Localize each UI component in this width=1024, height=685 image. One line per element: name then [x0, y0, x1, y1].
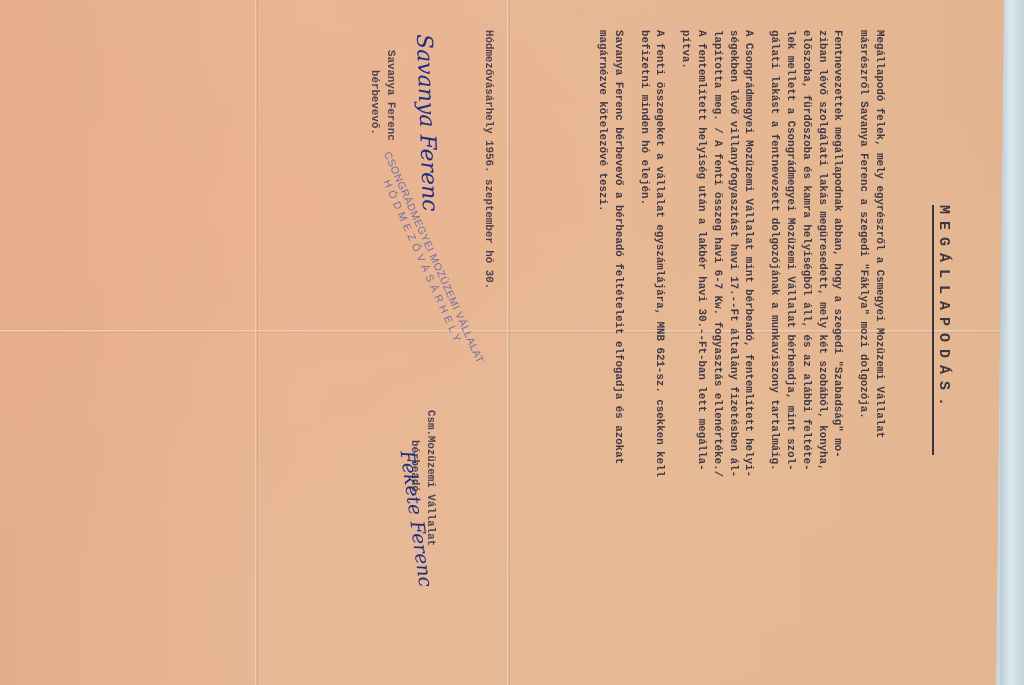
document-rotated: MEGÁLLAPODÁS. Megállapodó felek, mely eg… [0, 0, 1004, 685]
paragraph-payment: A fenti összegeket a vállalat egyszámláj… [635, 30, 667, 670]
document-body: Megállapodó felek, mely egyrészről a Csm… [583, 30, 886, 670]
handwritten-signature: Savanya Ferenc [415, 34, 437, 212]
signatory-name: Savanya Ferenc [382, 50, 398, 141]
signatory-role: bérbevevő. [366, 70, 382, 135]
paragraph-apartment: Fentnevezettek megállapodnak abban, hogy… [765, 30, 844, 670]
paragraph-parties: Megállapodó felek, mely egyrészről a Csm… [854, 30, 886, 670]
document-title: MEGÁLLAPODÁS. [932, 205, 952, 455]
paragraph-fees: A Csongrádmegyei Mozüzemi Vállalat mint … [676, 30, 755, 670]
date-line: Hódmezővásárhely 1956. szeptember hó 30. [482, 30, 494, 289]
paragraph-acceptance: Savanya Ferenc bérbevevő a bérbeadó felt… [593, 30, 625, 670]
